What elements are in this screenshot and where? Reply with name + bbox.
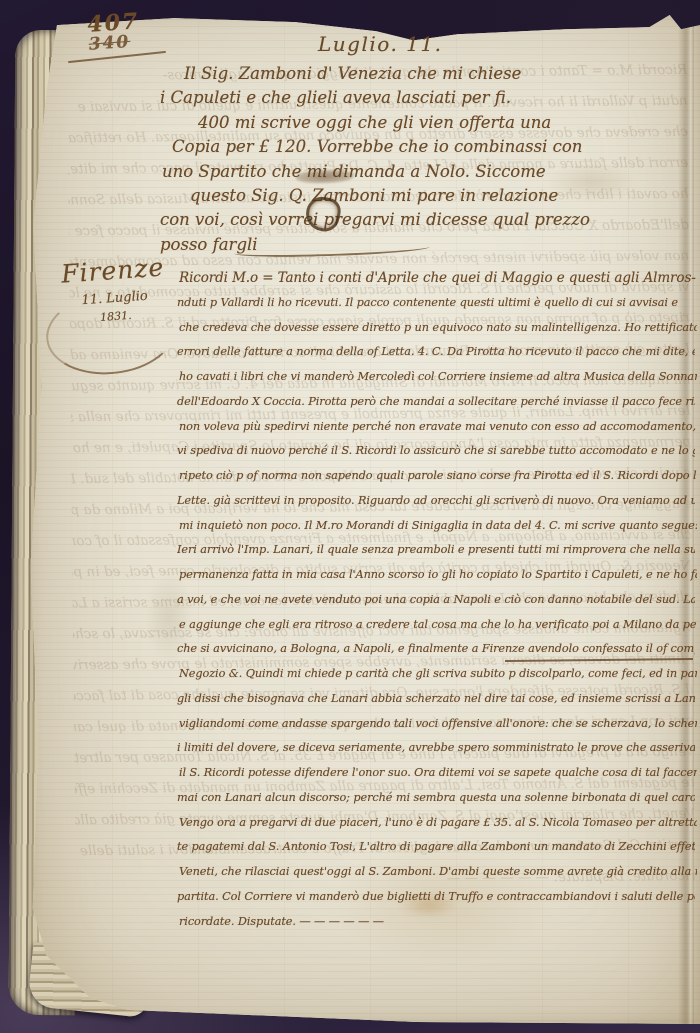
manuscript-line: ho cavati i libri che vi manderò Mercole… xyxy=(179,365,697,390)
manuscript-line: Veneti, che rilasciai quest'oggi al S. Z… xyxy=(179,860,697,885)
page-heading-date: Luglio. 11. xyxy=(318,32,442,56)
manuscript-line: 400 mi scrive oggi che gli vien offerta … xyxy=(152,111,697,135)
manuscript-line: vigliandomi come andasse spargendo tali … xyxy=(179,712,697,737)
manuscript-line: e aggiunge che egli era ritroso a creder… xyxy=(179,613,697,638)
manuscript-line: non voleva più spedirvi niente perché no… xyxy=(179,415,697,440)
manuscript-line: ricordate. Disputate. — — — — — — xyxy=(179,910,697,935)
manuscript-line: Copia per £ 120. Vorrebbe che io combina… xyxy=(152,135,697,159)
manuscript-line: Ricordi M.o = Tanto i conti d'Aprile che… xyxy=(179,266,697,291)
manuscript-line: ripeto ciò p of norma non sapendo quali … xyxy=(179,464,697,489)
manuscript-line: i Capuleti e che glieli aveva lasciati p… xyxy=(152,86,697,110)
manuscript-line: Il Sig. Zamboni d' Venezia che mi chiese xyxy=(152,62,697,86)
manuscript-line: Ieri arrivò l'Imp. Lanari, il quale senz… xyxy=(177,538,695,563)
folio-number-block: 407 340 xyxy=(87,8,142,55)
manuscript-line: il S. Ricordi potesse difendere l'onor s… xyxy=(179,761,697,786)
manuscript-line: Vengo ora a pregarvi di due piaceri, l'u… xyxy=(179,811,697,836)
manuscript-line: Negozio &. Quindi mi chiede p carità che… xyxy=(179,662,697,687)
manuscript-line: vi spediva di nuovo perché il S. Ricordi… xyxy=(177,439,695,464)
manuscript-line: a voi, e che voi ne avete venduto poi un… xyxy=(177,588,695,613)
manuscript-line: errori delle fatture a norma della of Le… xyxy=(177,340,695,365)
manuscript-line: con voi, così vorrei pregarvi mi dicesse… xyxy=(152,208,697,232)
manuscript-line: permanenza fatta in mia casa l'Anno scor… xyxy=(179,563,697,588)
manuscript-line: gli dissi che bisognava che Lanari abbia… xyxy=(177,687,695,712)
folio-number-struck: 340 xyxy=(88,31,141,55)
manuscript-line: mai con Lanari alcun discorso; perché mi… xyxy=(177,786,695,811)
manuscript-line: mi inquietò non poco. Il M.ro Morandi di… xyxy=(179,514,697,539)
manuscript-line: te pagatemi dal S. Antonio Tosi, L'altro… xyxy=(177,835,695,860)
manuscript-line: i limiti del dovere, se diceva seriament… xyxy=(177,736,695,761)
manuscript-line: Lette. già scrittevi in proposito. Rigua… xyxy=(177,489,695,514)
manuscript-line: uno Spartito che mi dimanda a Nolo. Sicc… xyxy=(152,160,697,184)
manuscript-line: questo Sig. Q. Zamboni mi pare in relazi… xyxy=(152,184,697,208)
manuscript-line: nduti p Vallardi li ho ricevuti. Il pacc… xyxy=(177,291,695,316)
letter-note-paragraph: Il Sig. Zamboni d' Venezia che mi chiese… xyxy=(152,62,697,257)
manuscript-line: che credeva che dovesse essere diretto p… xyxy=(179,316,697,341)
manuscript-photo: Ricordi M.o = Tanto i conti d'Aprile che… xyxy=(0,0,700,1033)
manuscript-line: partita. Col Corriere vi manderò due big… xyxy=(177,885,695,910)
manuscript-line: dell'Edoardo X Coccia. Pirotta però che … xyxy=(177,390,695,415)
ricordi-note-paragraph: Ricordi M.o = Tanto i conti d'Aprile che… xyxy=(179,266,697,934)
